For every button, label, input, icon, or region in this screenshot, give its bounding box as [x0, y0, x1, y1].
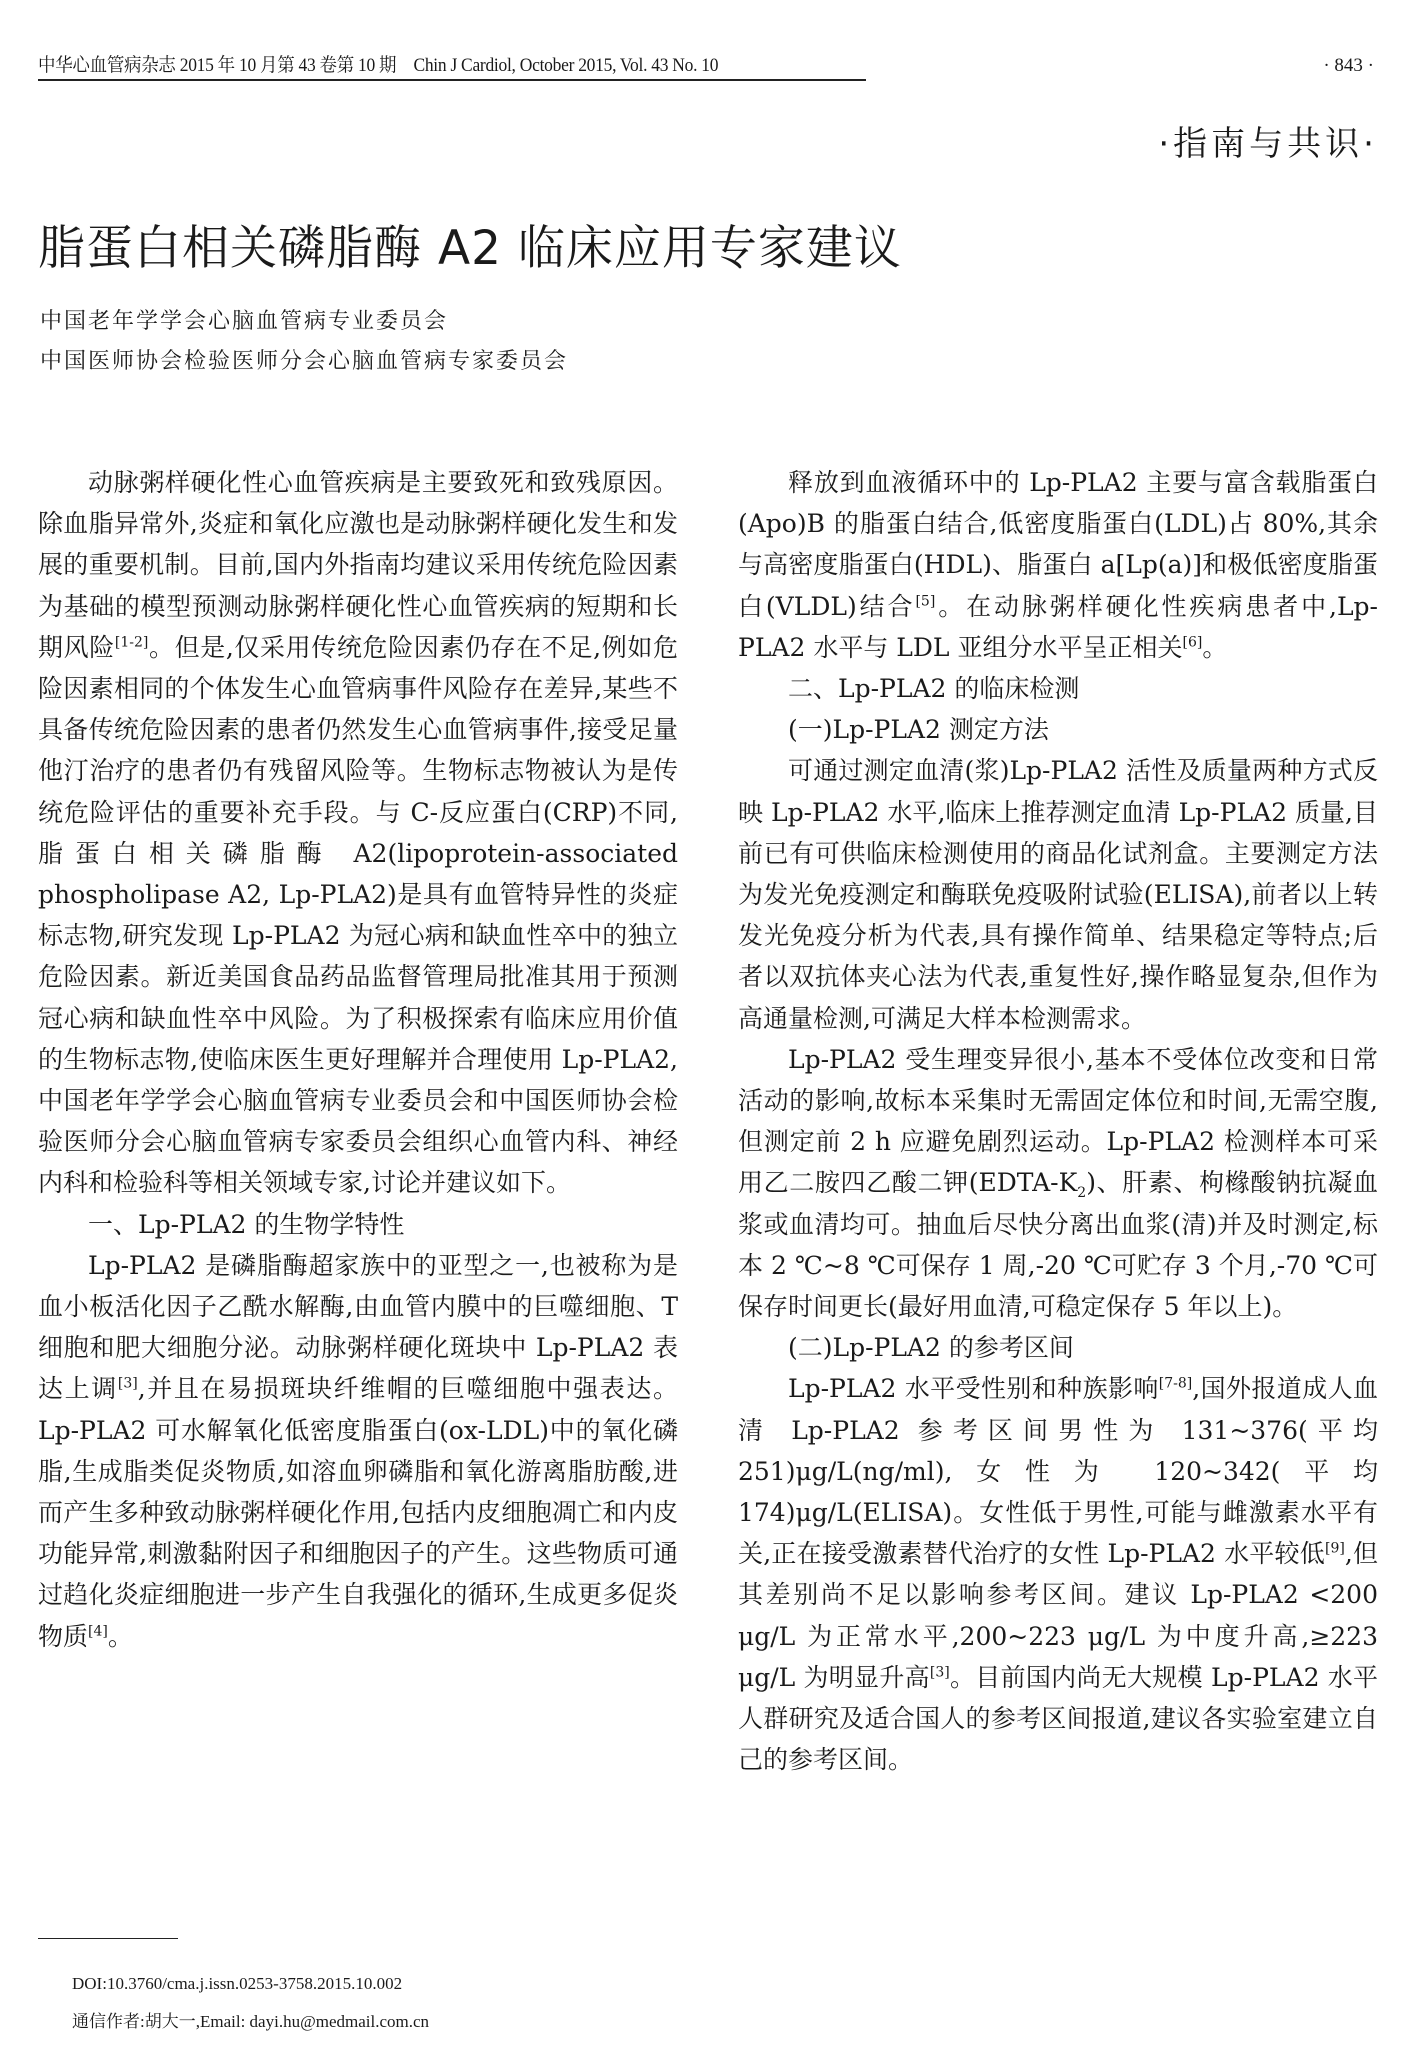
section-heading-1: 一、Lp-PLA2 的生物学特性 [38, 1204, 678, 1245]
section1-paragraph: Lp-PLA2 是磷脂酶超家族中的亚型之一,也被称为是血小板活化因子乙酰水解酶,… [38, 1245, 678, 1657]
citation-ref[interactable]: [3] [930, 1665, 950, 1681]
subsection-heading-2: (二)Lp-PLA2 的参考区间 [738, 1327, 1378, 1368]
lipoprotein-binding-paragraph: 释放到血液循环中的 Lp-PLA2 主要与富含载脂蛋白(Apo)B 的脂蛋白结合… [738, 462, 1378, 668]
footnote-rule [38, 1938, 178, 1939]
intro-paragraph: 动脉粥样硬化性心血管疾病是主要致死和致残原因。除血脂异常外,炎症和氧化应激也是动… [38, 462, 678, 1204]
citation-ref[interactable]: [3] [118, 1376, 138, 1392]
citation-ref[interactable]: [1-2] [115, 634, 148, 650]
section1-text-c: 。 [108, 1622, 133, 1651]
p1-text-c: 。 [1202, 633, 1227, 662]
section-heading-2: 二、Lp-PLA2 的临床检测 [738, 668, 1378, 709]
sample-paragraph: Lp-PLA2 受生理变异很小,基本不受体位改变和日常活动的影响,故标本采集时无… [738, 1039, 1378, 1327]
author-org-1: 中国老年学学会心脑血管病专业委员会 [40, 302, 568, 342]
citation-ref[interactable]: [6] [1182, 634, 1202, 650]
doi-line[interactable]: DOI:10.3760/cma.j.issn.0253-3758.2015.10… [72, 1965, 429, 2003]
range-text-a: Lp-PLA2 水平受性别和种族影响 [788, 1374, 1159, 1403]
citation-ref[interactable]: [5] [915, 593, 935, 609]
page-number: · 843 · [1323, 55, 1374, 77]
running-header: 中华心血管病杂志 2015 年 10 月第 43 卷第 10 期 Chin J … [38, 55, 866, 81]
right-column: 释放到血液循环中的 Lp-PLA2 主要与富含载脂蛋白(Apo)B 的脂蛋白结合… [738, 462, 1378, 1781]
subsection-heading-1: (一)Lp-PLA2 测定方法 [738, 709, 1378, 750]
measurement-paragraph: 可通过测定血清(浆)Lp-PLA2 活性及质量两种方式反映 Lp-PLA2 水平… [738, 750, 1378, 1038]
correspondence-line[interactable]: 通信作者:胡大一,Email: dayi.hu@medmail.com.cn [72, 2003, 429, 2041]
reference-range-paragraph: Lp-PLA2 水平受性别和种族影响[7-8],国外报道成人血清 Lp-PLA2… [738, 1368, 1378, 1780]
citation-ref[interactable]: [7-8] [1159, 1376, 1192, 1392]
section-label: ·指南与共识· [1158, 122, 1378, 166]
left-column: 动脉粥样硬化性心血管疾病是主要致死和致残原因。除血脂异常外,炎症和氧化应激也是动… [38, 462, 678, 1657]
section1-text-b: ,并且在易损斑块纤维帽的巨噬细胞中强表达。Lp-PLA2 可水解氧化低密度脂蛋白… [38, 1374, 678, 1650]
subscript: 2 [1077, 1185, 1086, 1201]
author-org-2: 中国医师协会检验医师分会心脑血管病专家委员会 [40, 342, 568, 382]
author-block: 中国老年学学会心脑血管病专业委员会 中国医师协会检验医师分会心脑血管病专家委员会 [40, 302, 568, 382]
citation-ref[interactable]: [4] [88, 1623, 108, 1639]
article-title: 脂蛋白相关磷脂酶 A2 临床应用专家建议 [38, 218, 902, 280]
range-text-b: ,国外报道成人血清 Lp-PLA2 参考区间男性为 131~376(平均 251… [738, 1374, 1378, 1568]
intro-text-b: 。但是,仅采用传统危险因素仍存在不足,例如危险因素相同的个体发生心血管病事件风险… [38, 633, 678, 1198]
citation-ref[interactable]: [9] [1325, 1541, 1345, 1557]
footnotes: DOI:10.3760/cma.j.issn.0253-3758.2015.10… [72, 1965, 429, 2041]
